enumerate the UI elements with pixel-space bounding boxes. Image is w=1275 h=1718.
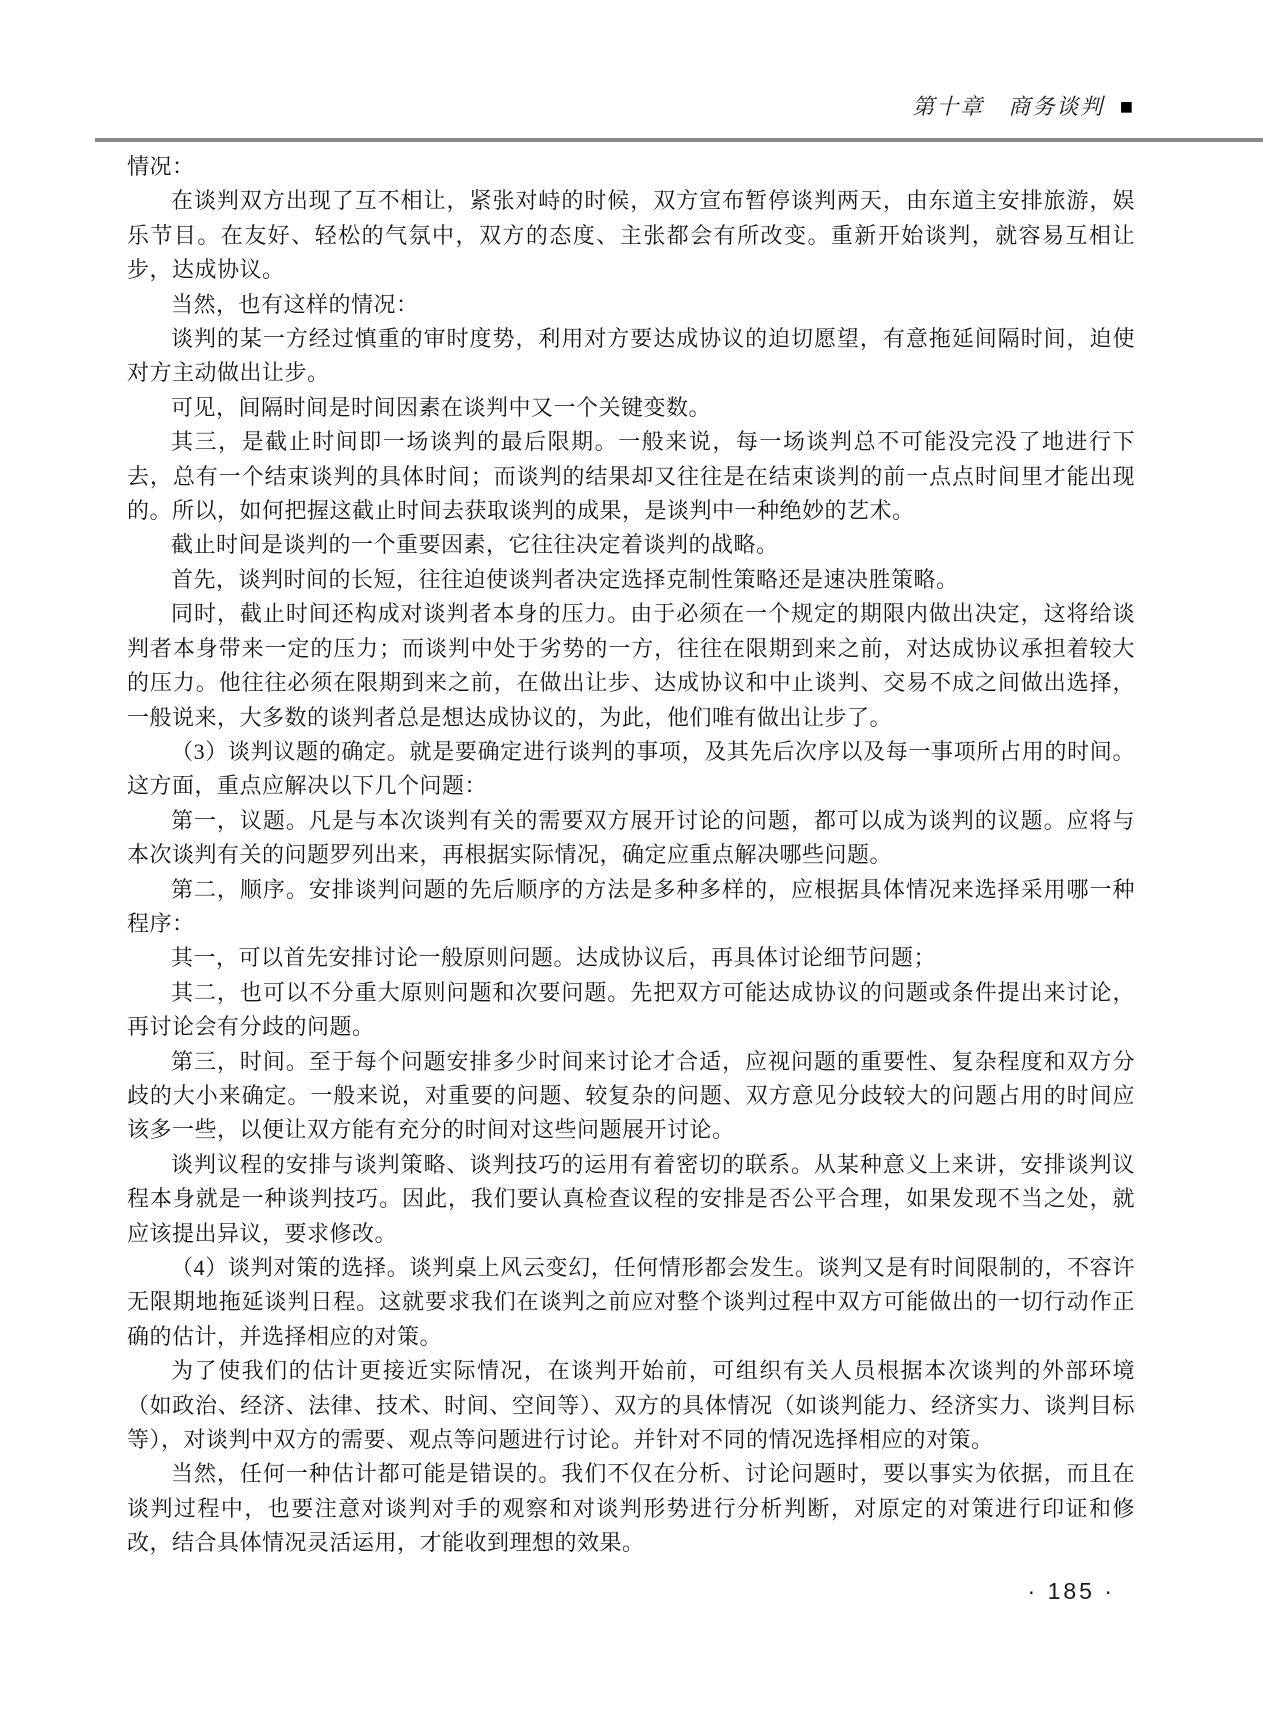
chapter-marker-icon: ■ [1120, 94, 1135, 120]
paragraph: 可见，间隔时间是时间因素在谈判中又一个关键变数。 [127, 391, 1135, 425]
running-header: 第十章 商务谈判 ■ [912, 90, 1135, 121]
paragraph: 谈判的某一方经过慎重的审时度势，利用对方要达成协议的迫切愿望，有意拖延间隔时间，… [127, 322, 1135, 391]
paragraph: 在谈判双方出现了互不相让，紧张对峙的时候，双方宣布暂停谈判两天，由东道主安排旅游… [127, 184, 1135, 287]
paragraph: 其二，也可以不分重大原则问题和次要问题。先把双方可能达成协议的问题或条件提出来讨… [127, 976, 1135, 1045]
paragraph: 其一，可以首先安排讨论一般原则问题。达成协议后，再具体讨论细节问题； [127, 941, 1135, 975]
paragraph: 截止时间是谈判的一个重要因素，它往往决定着谈判的战略。 [127, 528, 1135, 562]
paragraph: （3）谈判议题的确定。就是要确定进行谈判的事项，及其先后次序以及每一事项所占用的… [127, 735, 1135, 804]
paragraph: 第二，顺序。安排谈判问题的先后顺序的方法是多种多样的，应根据具体情况来选择采用哪… [127, 873, 1135, 942]
paragraph: 当然，任何一种估计都可能是错误的。我们不仅在分析、讨论问题时，要以事实为依据，而… [127, 1457, 1135, 1560]
paragraph: 首先，谈判时间的长短，往往迫使谈判者决定选择克制性策略还是速决胜策略。 [127, 563, 1135, 597]
paragraph: 同时，截止时间还构成对谈判者本身的压力。由于必须在一个规定的期限内做出决定，这将… [127, 597, 1135, 735]
header-rule [95, 138, 1263, 142]
paragraph: 谈判议程的安排与谈判策略、谈判技巧的运用有着密切的联系。从某种意义上来讲，安排谈… [127, 1148, 1135, 1251]
paragraph: （4）谈判对策的选择。谈判桌上风云变幻，任何情形都会发生。谈判又是有时间限制的，… [127, 1251, 1135, 1354]
page: 第十章 商务谈判 ■ 情况： 在谈判双方出现了互不相让，紧张对峙的时候，双方宣布… [0, 0, 1275, 1718]
paragraph: 情况： [127, 150, 1135, 184]
paragraph: 其三，是截止时间即一场谈判的最后限期。一般来说，每一场谈判总不可能没完没了地进行… [127, 425, 1135, 528]
paragraph: 第三，时间。至于每个问题安排多少时间来讨论才合适，应视问题的重要性、复杂程度和双… [127, 1045, 1135, 1148]
paragraph: 为了使我们的估计更接近实际情况，在谈判开始前，可组织有关人员根据本次谈判的外部环… [127, 1354, 1135, 1457]
body-text: 情况： 在谈判双方出现了互不相让，紧张对峙的时候，双方宣布暂停谈判两天，由东道主… [127, 150, 1135, 1561]
paragraph: 第一，议题。凡是与本次谈判有关的需要双方展开讨论的问题，都可以成为谈判的议题。应… [127, 804, 1135, 873]
paragraph: 当然，也有这样的情况： [127, 288, 1135, 322]
page-number: · 185 · [1028, 1578, 1115, 1605]
chapter-title: 第十章 商务谈判 [912, 94, 1104, 119]
